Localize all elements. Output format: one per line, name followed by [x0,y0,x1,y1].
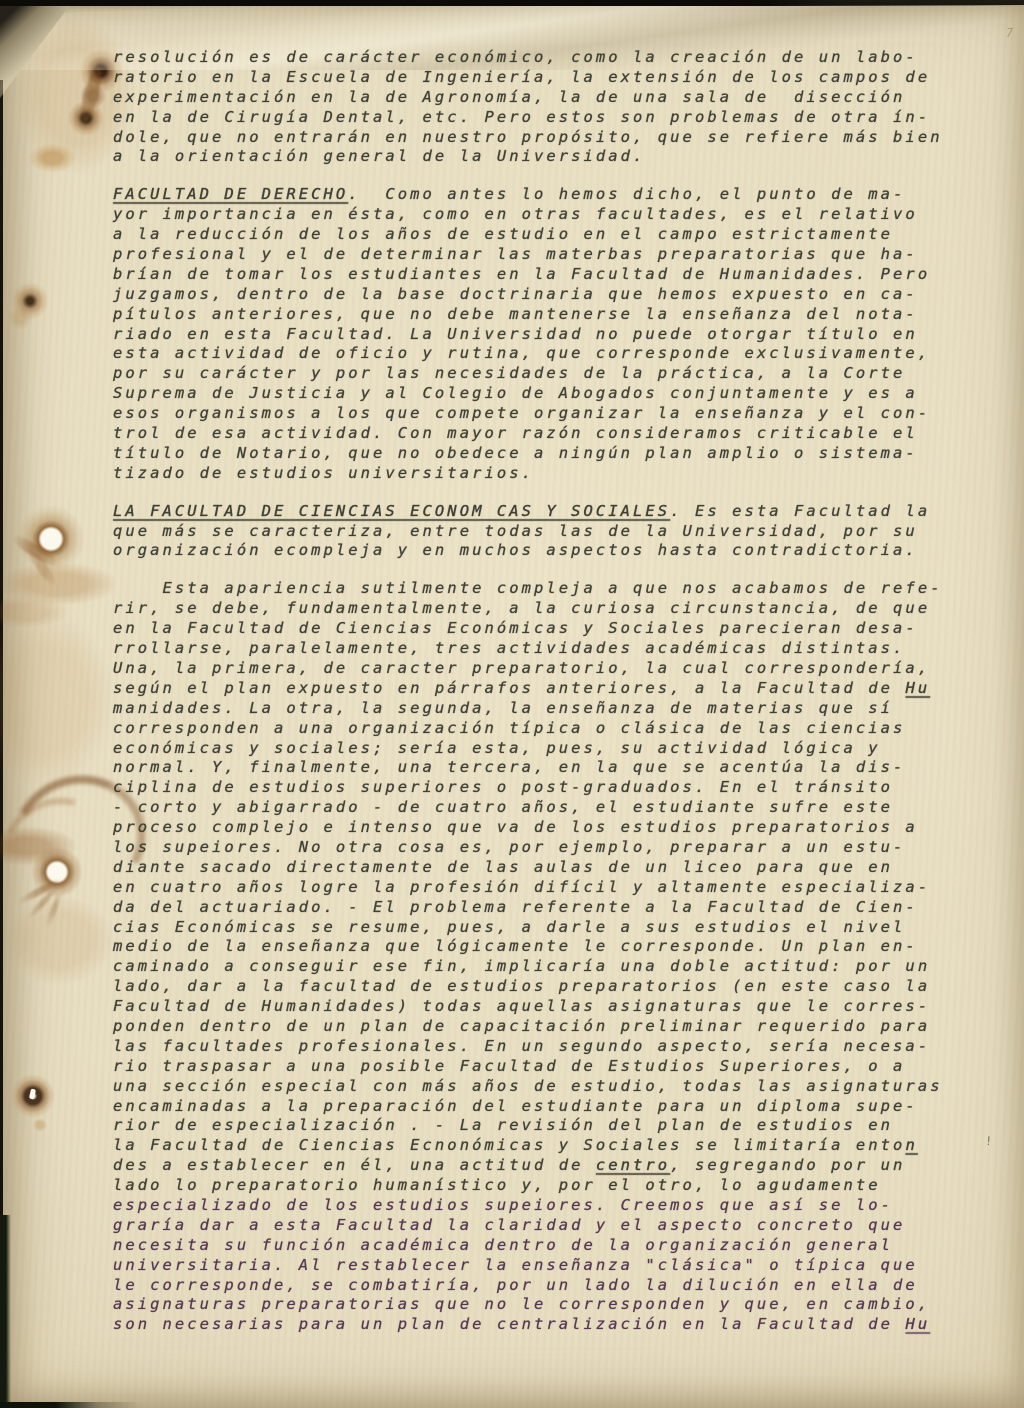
text-line: las facultades profesionales. En un segu… [113,1037,961,1057]
text-segment: tizado de estudios universitarios. [113,464,534,482]
text-line: ratorio en la Escuela de Ingeniería, la … [113,68,961,88]
photo-edge-bottom [0,1402,140,1408]
text-segment: especializado de los estudios supeiores.… [113,1196,893,1214]
text-line: tizado de estudios universitarios. [113,464,961,484]
text-segment: Facultad de Humanidades) todas aquellas … [113,997,930,1015]
text-segment: Suprema de Justicia y al Colegio de Abog… [113,384,918,402]
text-line: por su carácter y por las necesidades de… [113,364,961,384]
text-line: pítulos anteriores, que no debe mantener… [113,305,961,325]
text-segment: por su carácter y por las necesidades de… [113,364,905,382]
text-line: esos organismos a los que compete organi… [113,404,961,424]
text-segment: proceso complejo e intenso que va de los… [113,818,918,836]
text-line: Facultad de Humanidades) todas aquellas … [113,997,961,1017]
text-segment: le corresponde, se combatiría, por un la… [113,1276,918,1294]
text-segment: según el plan expuesto en párrafos anter… [113,679,905,697]
text-segment: yor importancia en ésta, como en otras f… [113,205,918,223]
text-segment: una sección especial con más años de est… [113,1077,943,1095]
text-segment: profesional y el de determinar las mater… [113,245,918,263]
photo-edge-bottom-left [0,1215,11,1408]
text-segment: a la orientación general de la Universid… [113,147,645,165]
text-segment: rior de especialización . - La revisión … [113,1116,893,1134]
text-line: dole, que no entrarán en nuestro propósi… [113,128,961,148]
pencil-mark-top-right: 7 [1006,26,1013,40]
typewritten-text: resolución es de carácter económico, com… [113,48,961,1353]
text-line: ponden dentro de un plan de capacitación… [113,1017,961,1037]
text-line: que más se caracteriza, entre todas las … [113,522,961,542]
text-segment: necesita su función académica dentro de … [113,1236,893,1254]
text-segment: da del actuariado. - El problema referen… [113,898,918,916]
text-line: des a establecer en él, una actitud de c… [113,1156,961,1176]
text-segment: . Es esta Facultad la [670,502,930,520]
text-line: normal. Y, finalmente, una tercera, en l… [113,758,961,778]
text-segment: en la de Cirugía Dental, etc. Pero estos… [113,108,930,126]
text-line: asignaturas preparatorias que no le corr… [113,1295,961,1315]
text-line: profesional y el de determinar las mater… [113,245,961,265]
text-line: en la de Cirugía Dental, etc. Pero estos… [113,108,961,128]
text-line: juzgamos, dentro de la base doctrinaria … [113,285,961,305]
text-segment: corresponden a una organización típica o… [113,719,905,737]
text-line: proceso complejo e intenso que va de los… [113,818,961,838]
paragraph-facultad-ciencias-heading: LA FACULTAD DE CIENCIAS ECONOM CAS Y SOC… [113,502,961,562]
underlined-text: n [905,1136,917,1154]
text-line: la Facultad de Ciencias Ecnonómicas y So… [113,1136,961,1156]
text-segment: resolución es de carácter económico, com… [113,48,918,66]
text-line: organización ecompleja y en muchos aspec… [113,541,961,561]
text-line: LA FACULTAD DE CIENCIAS ECONOM CAS Y SOC… [113,502,961,522]
underlined-text: LA FACULTAD DE CIENCIAS ECONOM CAS Y SOC… [113,502,670,520]
text-line: medio de la enseñanza que lógicamente le… [113,937,961,957]
text-line: económicas y sociales; sería esta, pues,… [113,739,961,759]
text-segment: universitaria. Al restablecer la enseñan… [113,1256,918,1274]
text-segment: esta actividad de oficio y rutina, que c… [113,344,930,362]
text-segment: normal. Y, finalmente, una tercera, en l… [113,758,905,776]
text-line: diante sacado directamente de las aulas … [113,858,961,878]
text-line: en cuatro años logre la profesión difíci… [113,878,961,898]
text-segment: graría dar a esta Facultad la claridad y… [113,1216,905,1234]
text-line: los supeiores. No otra cosa es, por ejem… [113,838,961,858]
text-segment: brían de tomar los estudiantes en la Fac… [113,265,930,283]
underlined-text: Hu [905,1315,930,1333]
text-line: - corto y abigarrado - de cuatro años, e… [113,798,961,818]
text-segment: dole, que no entrarán en nuestro propósi… [113,128,943,146]
text-line: especializado de los estudios supeiores.… [113,1196,961,1216]
underlined-text: FACULTAD DE DERECHO [113,185,348,203]
text-line: corresponden a una organización típica o… [113,719,961,739]
text-segment: económicas y sociales; sería esta, pues,… [113,739,881,757]
text-line: una sección especial con más años de est… [113,1077,961,1097]
underlined-text: centro [596,1156,670,1174]
text-line: lado, dar a la facultad de estudios prep… [113,977,961,997]
paragraph-facultad-de-derecho: FACULTAD DE DERECHO. Como antes lo hemos… [113,185,961,483]
underlined-text: Hu [905,679,930,697]
text-line: brían de tomar los estudiantes en la Fac… [113,265,961,285]
text-line: rir, se debe, fundamentalmente, a la cur… [113,599,961,619]
text-line: riado en esta Facultad. La Universidad n… [113,325,961,345]
text-segment: en la Facultad de Ciencias Económicas y … [113,619,918,637]
photo-edge-left [0,80,3,1230]
text-line: esta actividad de oficio y rutina, que c… [113,344,961,364]
text-line: FACULTAD DE DERECHO. Como antes lo hemos… [113,185,961,205]
text-segment: caminado a conseguir ese fin, implicaría… [113,957,930,975]
paragraph-continuation: resolución es de carácter económico, com… [113,48,961,167]
text-segment: son necesarias para un plan de centraliz… [113,1315,905,1333]
text-line: lado lo preparatorio humanístico y, por … [113,1176,961,1196]
text-line: Esta apariencia sutilmente compleja a qu… [113,579,961,599]
text-line: da del actuariado. - El problema referen… [113,898,961,918]
text-line: resolución es de carácter económico, com… [113,48,961,68]
scanned-page-photo: resolución es de carácter económico, com… [0,0,1024,1408]
text-segment: asignaturas preparatorias que no le corr… [113,1295,930,1313]
text-segment: rir, se debe, fundamentalmente, a la cur… [113,599,930,617]
text-segment: , segregando por un [670,1156,905,1174]
text-line: título de Notario, que no obedece a ning… [113,444,961,464]
text-line: experimentación en la de Agronomía, la d… [113,88,961,108]
text-segment: diante sacado directamente de las aulas … [113,858,893,876]
text-line: trol de esa actividad. Con mayor razón c… [113,424,961,444]
text-segment: juzgamos, dentro de la base doctrinaria … [113,285,918,303]
text-segment: los supeiores. No otra cosa es, por ejem… [113,838,905,856]
text-segment: organización ecompleja y en muchos aspec… [113,541,918,559]
text-segment: lado lo preparatorio humanístico y, por … [113,1176,881,1194]
text-segment: rio traspasar a una posible Facultad de … [113,1057,905,1075]
text-segment: ponden dentro de un plan de capacitación… [113,1017,930,1035]
text-segment: encaminadas a la preparación del estudia… [113,1097,918,1115]
text-segment: cias Económicas se resume, pues, a darle… [113,918,905,936]
text-segment: - corto y abigarrado - de cuatro años, e… [113,798,893,816]
text-segment: esos organismos a los que compete organi… [113,404,930,422]
text-segment: Esta apariencia sutilmente compleja a qu… [113,579,943,597]
text-segment: título de Notario, que no obedece a ning… [113,444,918,462]
text-segment: ciplina de estudios superiores o post-gr… [113,778,893,796]
pencil-mark-exclamation: ! [985,1134,993,1148]
text-line: manidades. La otra, la segunda, la enseñ… [113,699,961,719]
text-segment: lado, dar a la facultad de estudios prep… [113,977,930,995]
text-segment: ratorio en la Escuela de Ingeniería, la … [113,68,930,86]
text-segment: en cuatro años logre la profesión difíci… [113,878,930,896]
text-segment: medio de la enseñanza que lógicamente le… [113,937,918,955]
text-line: graría dar a esta Facultad la claridad y… [113,1216,961,1236]
text-segment: a la reducción de los años de estudio en… [113,225,893,243]
text-line: a la orientación general de la Universid… [113,147,961,167]
text-segment: las facultades profesionales. En un segu… [113,1037,930,1055]
text-segment: riado en esta Facultad. La Universidad n… [113,325,918,343]
text-segment: des a establecer en él, una actitud de [113,1156,596,1174]
paragraph-facultad-ciencias-body: Esta apariencia sutilmente compleja a qu… [113,579,961,1335]
text-segment: que más se caracteriza, entre todas las … [113,522,918,540]
text-line: Una, la primera, de caracter preparatori… [113,659,961,679]
text-line: rrollarse, paralelamente, tres actividad… [113,639,961,659]
text-segment: experimentación en la de Agronomía, la d… [113,88,905,106]
text-segment: rrollarse, paralelamente, tres actividad… [113,639,905,657]
text-line: Suprema de Justicia y al Colegio de Abog… [113,384,961,404]
text-segment: manidades. La otra, la segunda, la enseñ… [113,699,893,717]
text-line: según el plan expuesto en párrafos anter… [113,679,961,699]
text-line: son necesarias para un plan de centraliz… [113,1315,961,1335]
text-line: necesita su función académica dentro de … [113,1236,961,1256]
text-segment: la Facultad de Ciencias Ecnonómicas y So… [113,1136,905,1154]
text-line: rio traspasar a una posible Facultad de … [113,1057,961,1077]
text-line: rior de especialización . - La revisión … [113,1116,961,1136]
text-line: ciplina de estudios superiores o post-gr… [113,778,961,798]
text-line: caminado a conseguir ese fin, implicaría… [113,957,961,977]
text-line: le corresponde, se combatiría, por un la… [113,1276,961,1296]
text-segment: . Como antes lo hemos dicho, el punto de… [348,185,905,203]
photo-edge-top [0,0,1024,6]
text-segment: trol de esa actividad. Con mayor razón c… [113,424,918,442]
text-segment: pítulos anteriores, que no debe mantener… [113,305,918,323]
text-line: cias Económicas se resume, pues, a darle… [113,918,961,938]
text-line: yor importancia en ésta, como en otras f… [113,205,961,225]
text-line: en la Facultad de Ciencias Económicas y … [113,619,961,639]
text-line: a la reducción de los años de estudio en… [113,225,961,245]
text-segment: Una, la primera, de caracter preparatori… [113,659,930,677]
text-line: encaminadas a la preparación del estudia… [113,1097,961,1117]
text-line: universitaria. Al restablecer la enseñan… [113,1256,961,1276]
